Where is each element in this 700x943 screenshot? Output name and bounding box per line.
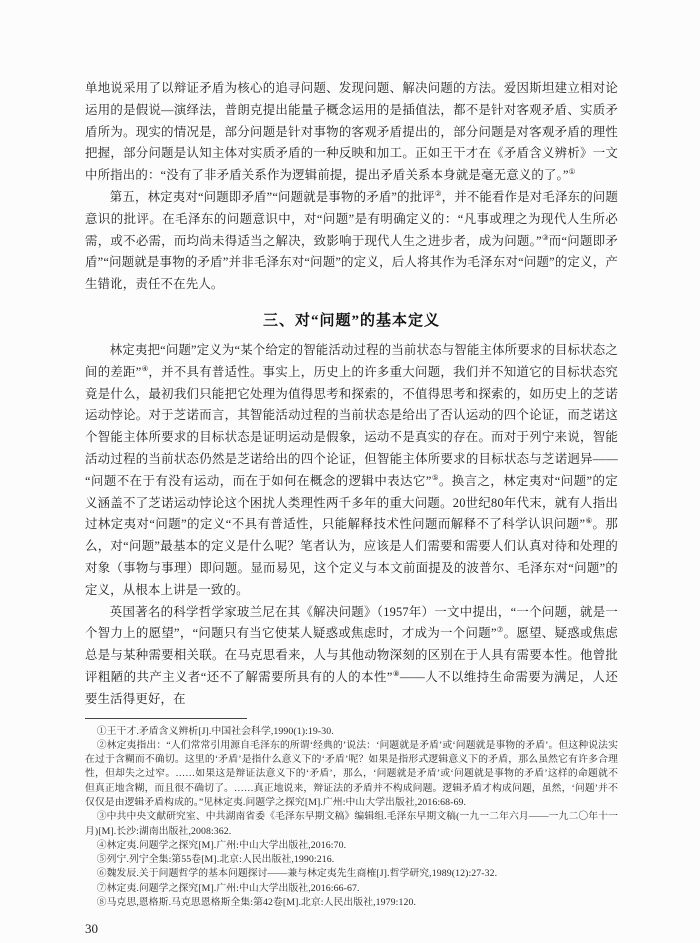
body-paragraph-4: 英国著名的科学哲学家玻兰尼在其《解决问题》（1957年）一文中提出，“一个问题，… xyxy=(85,602,618,711)
footnote-2: ②林定夷指出：“人们常常引用源自毛泽东的所谓‘经典的’说法：‘问题就是矛盾’或‘… xyxy=(85,739,618,810)
body-paragraph-1: 单地说采用了以辩证矛盾为核心的追寻问题、发现问题、解决问题的方法。爱因斯坦建立相… xyxy=(85,78,618,187)
body-paragraph-2: 第五，林定夷对“问题即矛盾”“问题就是事物的矛盾”的批评②，并不能看作是对毛泽东… xyxy=(85,187,618,296)
footnote-4: ④林定夷.问题学之探究[M].广州:中山大学出版社,2016:70. xyxy=(85,839,618,853)
footnote-3: ③中共中央文献研究室、中共湖南省委《毛泽东早期文稿》编辑组.毛泽东早期文稿(一九… xyxy=(85,810,618,839)
section-heading: 三、对“问题”的基本定义 xyxy=(85,309,618,330)
footnote-ref: ④ xyxy=(141,364,148,373)
footnote-ref: ⑤ xyxy=(432,473,439,482)
footnote-ref: ⑥ xyxy=(585,516,592,525)
footnote-ref: ⑦ xyxy=(497,625,504,634)
body-paragraph-3: 林定夷把“问题”定义为“某个给定的智能活动过程的当前状态与智能主体所要求的目标状… xyxy=(85,340,618,602)
page-number: 30 xyxy=(85,921,618,937)
article-content: 单地说采用了以辩证矛盾为核心的追寻问题、发现问题、解决问题的方法。爱因斯坦建立相… xyxy=(85,78,618,937)
footnote-5: ⑤列宁.列宁全集:第55卷[M].北京:人民出版社,1990:216. xyxy=(85,853,618,867)
footnote-ref: ③ xyxy=(542,232,549,241)
document-page: 单地说采用了以辩证矛盾为核心的追寻问题、发现问题、解决问题的方法。爱因斯坦建立相… xyxy=(0,0,700,943)
footnote-divider xyxy=(85,718,247,719)
footnote-7: ⑦林定夷.问题学之探究[M].广州:中山大学出版社,2016:66-67. xyxy=(85,882,618,896)
footnote-ref: ② xyxy=(435,189,442,198)
footnotes-block: ①王干才.矛盾含义辨析[J].中国社会科学,1990(1):19-30. ②林定… xyxy=(85,725,618,911)
footnote-ref: ① xyxy=(569,167,576,176)
footnote-1: ①王干才.矛盾含义辨析[J].中国社会科学,1990(1):19-30. xyxy=(85,725,618,739)
footnote-8: ⑧马克思,恩格斯.马克思恩格斯全集:第42卷[M].北京:人民出版社,1979:… xyxy=(85,896,618,910)
footnote-ref: ⑧ xyxy=(393,669,400,678)
footnote-6: ⑥魏发辰.关于问题哲学的基本问题探讨——兼与林定夷先生商榷[J].哲学研究,19… xyxy=(85,867,618,881)
